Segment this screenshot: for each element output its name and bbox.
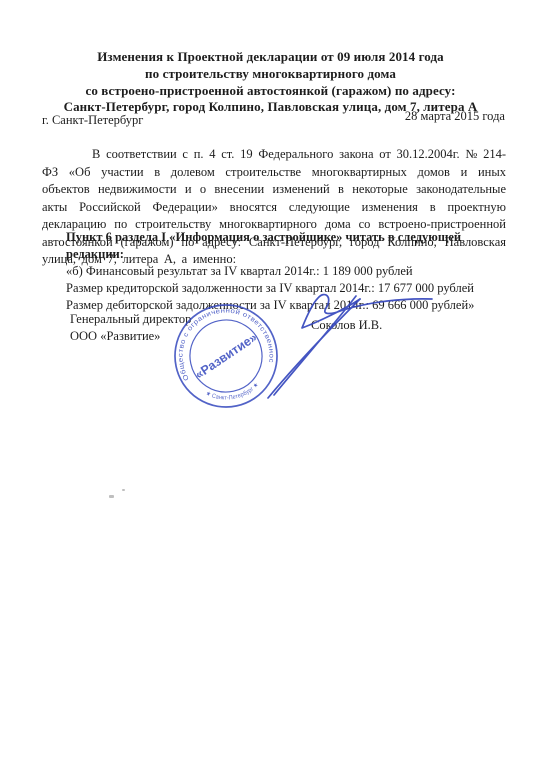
- stamp-center-text: «Развитие»: [192, 330, 259, 382]
- scan-artifact: [122, 489, 125, 491]
- svg-text:★ Санкт-Петербург ★: ★ Санкт-Петербург ★: [203, 379, 262, 407]
- title-line-3: со встроено-пристроенной автостоянкой (г…: [0, 83, 541, 100]
- section-heading: Пункт 6 раздела I «Информация о застройщ…: [66, 229, 506, 263]
- document-title: Изменения к Проектной декларации от 09 и…: [0, 49, 541, 116]
- company-stamp: Общество с ограниченной ответственностью…: [150, 285, 450, 430]
- title-line-2: по строительству многоквартирного дома: [0, 66, 541, 83]
- place-label: г. Санкт-Петербург: [42, 109, 143, 128]
- document-page: Изменения к Проектной декларации от 09 и…: [0, 0, 541, 768]
- title-line-1: Изменения к Проектной декларации от 09 и…: [0, 49, 541, 66]
- svg-text:Общество с ограниченной ответс: Общество с ограниченной ответственностью: [168, 299, 277, 384]
- date-label: 28 марта 2015 года: [405, 109, 505, 128]
- signature-stroke: [268, 295, 432, 398]
- item-financial-result: «б) Финансовый результат за IV квартал 2…: [66, 263, 506, 280]
- stamp-bottom-text: ★ Санкт-Петербург ★: [203, 379, 262, 407]
- scan-artifact: [109, 495, 114, 498]
- dateline: г. Санкт-Петербург 28 марта 2015 года: [42, 109, 505, 128]
- stamp-ring-text: Общество с ограниченной ответственностью: [168, 299, 277, 384]
